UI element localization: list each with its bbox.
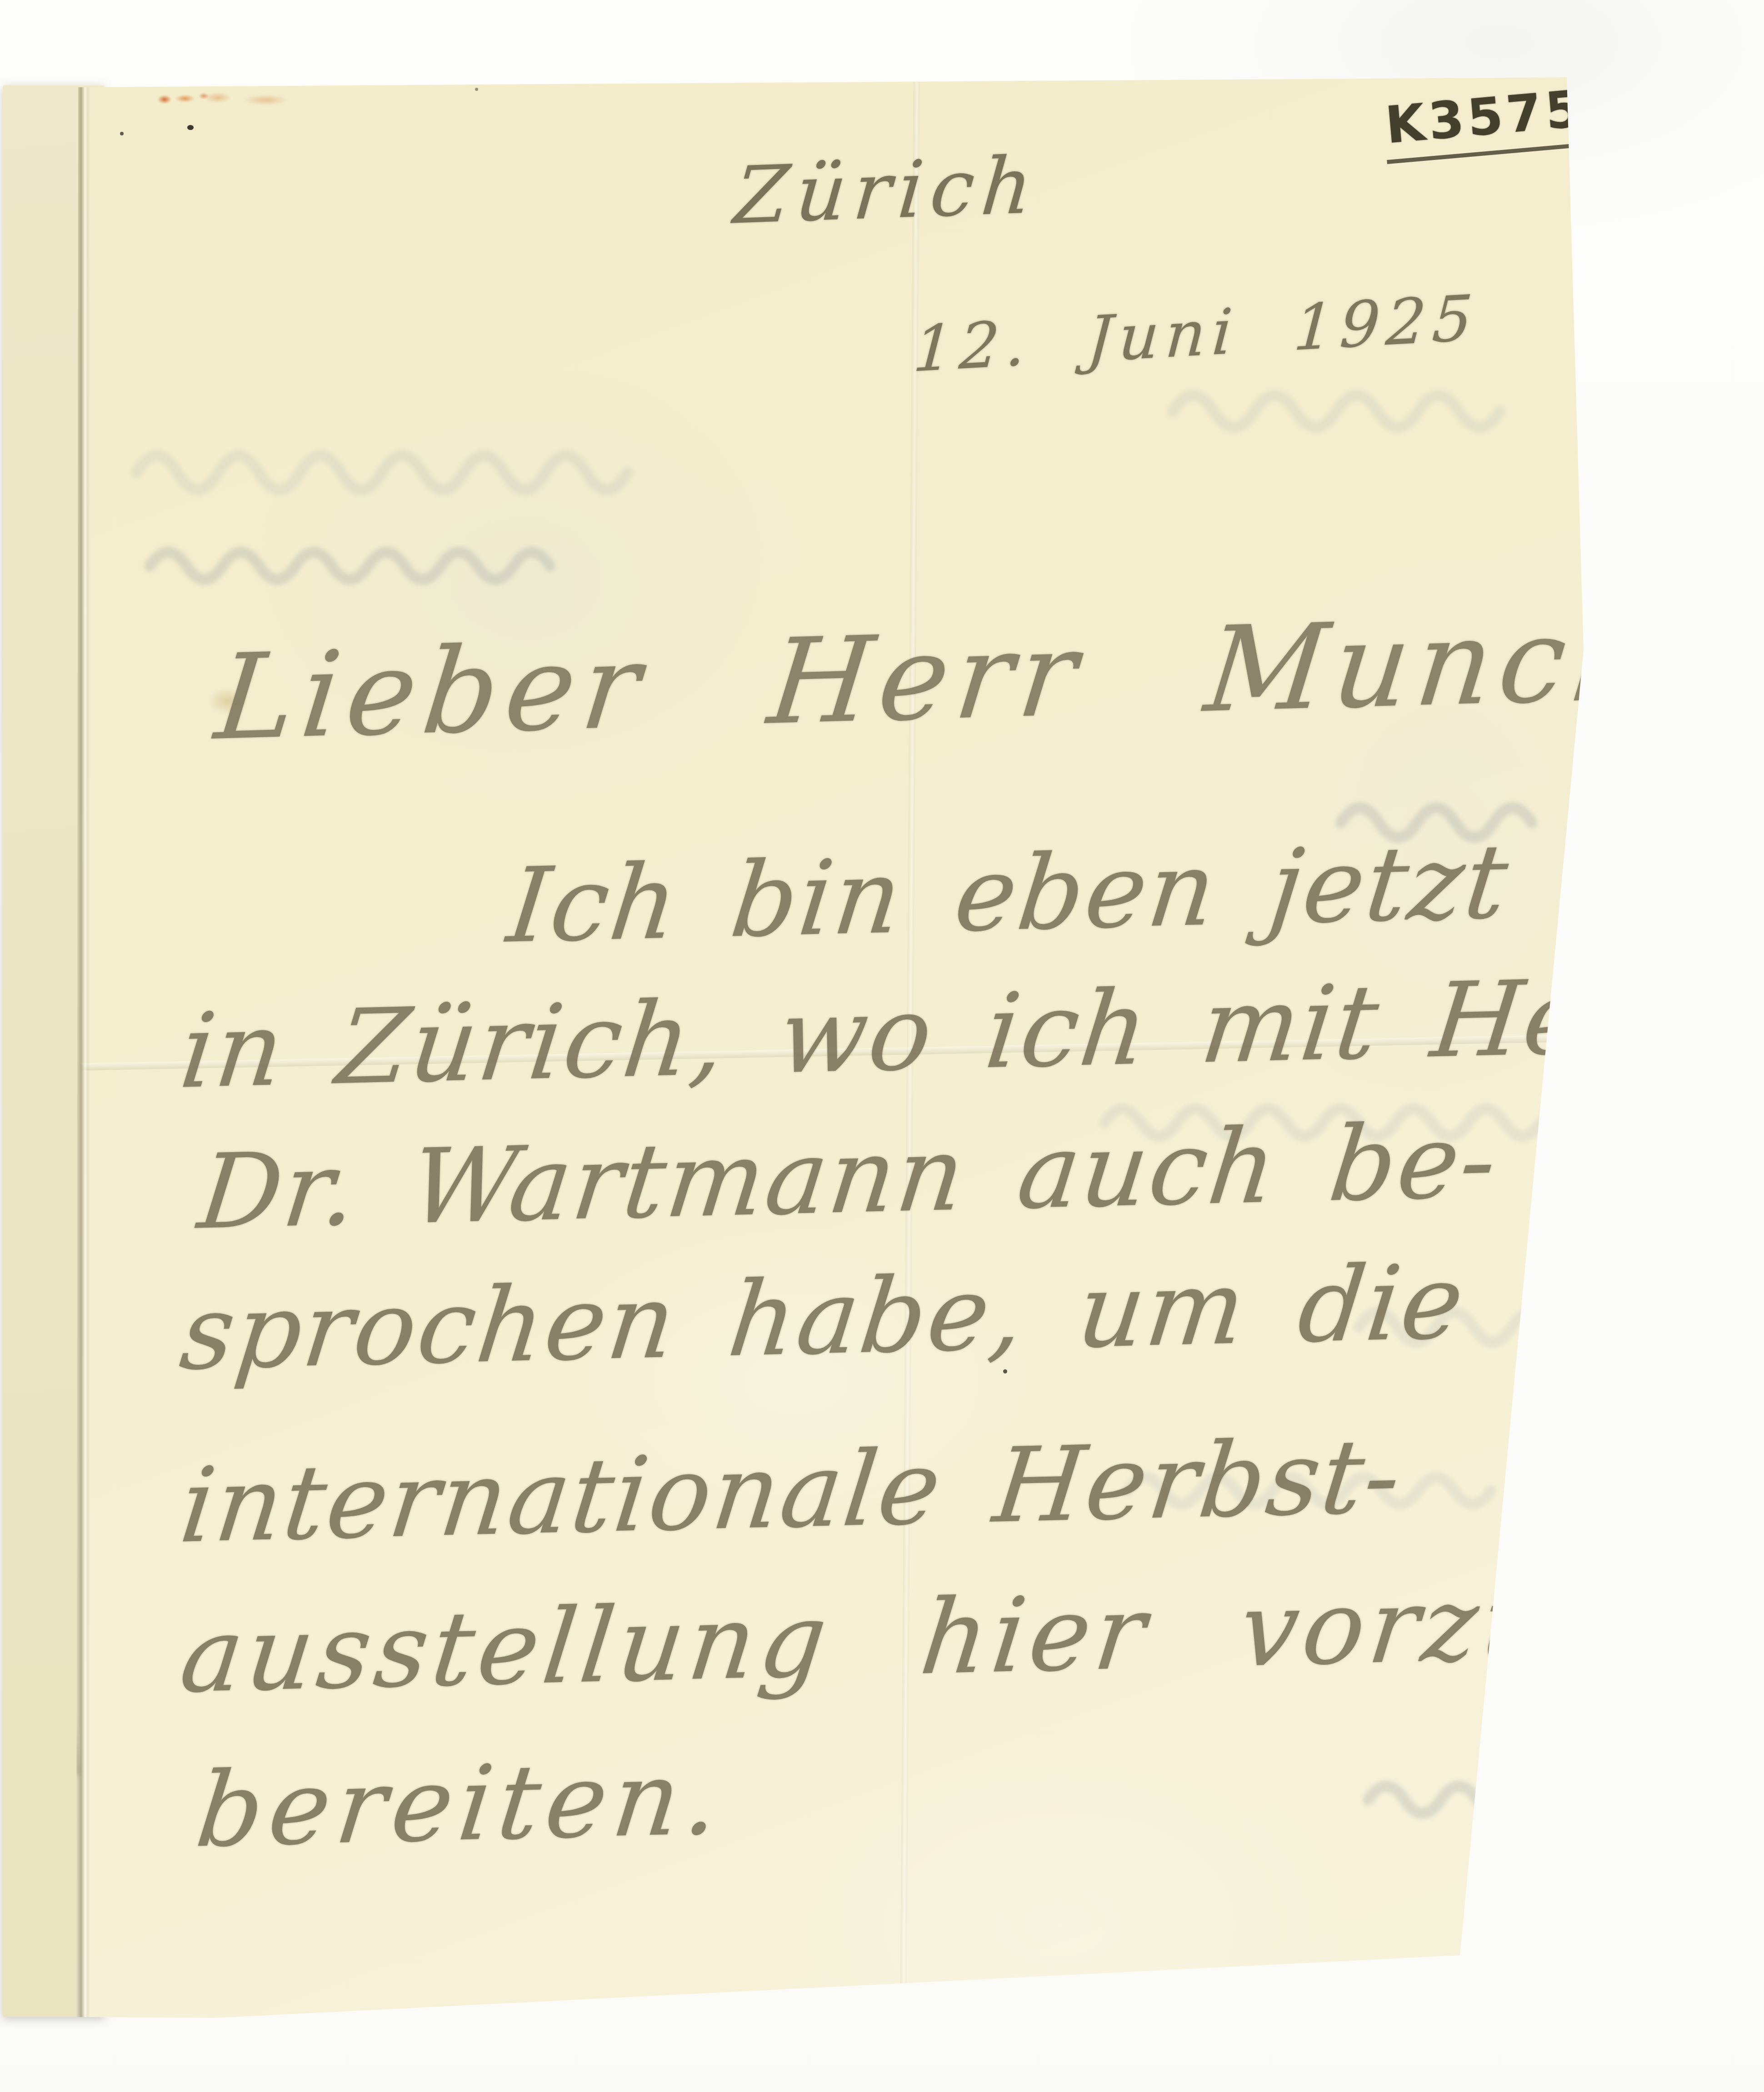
letter-body-line: bereiten.	[190, 1738, 732, 1871]
ink-speck	[187, 125, 194, 130]
ink-speck	[475, 88, 478, 91]
letter-body-line: Dr. Wartmann auch be-	[193, 1101, 1504, 1253]
letter-page: K3575 Zürich 12. Juni 1925 Lieber Herr M…	[0, 0, 1764, 2092]
letter-body-line: sprochen habe, um die	[175, 1242, 1471, 1393]
letter-date: 12. Juni 1925	[911, 281, 1481, 386]
catalog-number: K3575	[1381, 78, 1599, 164]
letter-body-line: Ich bin eben jetzt	[502, 822, 1515, 966]
scanned-letter-photo: K3575 Zürich 12. Juni 1925 Lieber Herr M…	[0, 0, 1764, 2092]
ink-speck	[120, 132, 124, 135]
letter-place: Zürich	[730, 140, 1043, 242]
letter-body-line: internationale Herbst-	[175, 1416, 1408, 1566]
orange-stain	[148, 89, 230, 106]
letter-body-line: in Zürich, wo ich mit Herrn	[175, 953, 1763, 1111]
letter-body-line: ausstellung hier vorzu-	[175, 1562, 1599, 1716]
letter-salutation: Lieber Herr Munch,	[210, 588, 1708, 766]
orange-stain-faint	[236, 93, 295, 107]
